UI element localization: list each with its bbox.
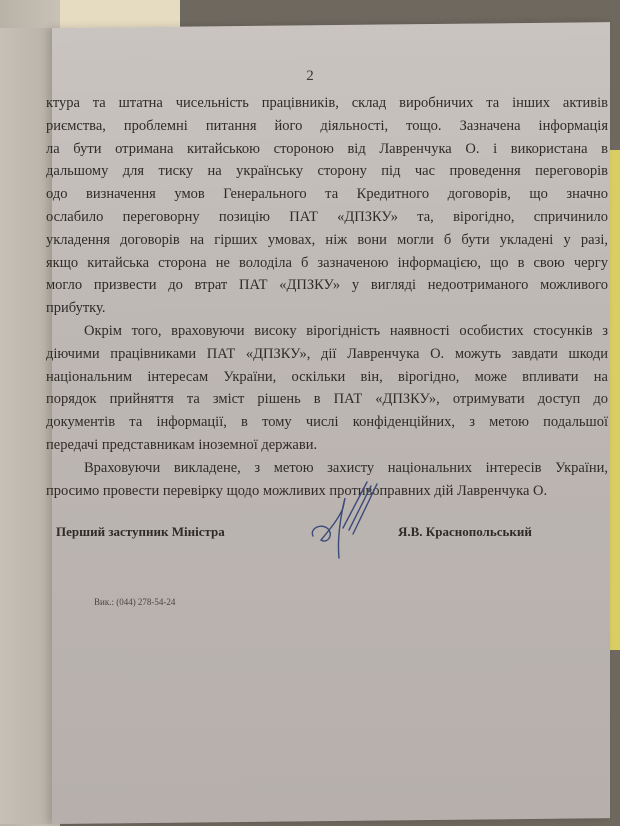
paragraph-start: Окрім того, враховуючи високу вірогідніс… (46, 320, 608, 343)
text-line: ослабило переговорну позицію ПАТ «ДПЗКУ»… (46, 206, 608, 229)
text-line: порядок прийняття та зміст рішень в ПАТ … (46, 388, 608, 411)
letter-body: ктура та штатна чисельність працівників,… (46, 92, 608, 502)
text-line: прибутку. (46, 297, 608, 320)
text-line: ла бути отримана китайською стороною від… (46, 138, 608, 161)
text-line: могло призвести до втрат ПАТ «ДПЗКУ» у в… (46, 274, 608, 297)
page-number: 2 (0, 68, 620, 85)
executor-phone: Вик.: (044) 278-54-24 (94, 597, 175, 607)
text-line: національним інтересам України, оскільки… (46, 366, 608, 389)
text-line: риємства, проблемні питання його діяльно… (46, 115, 608, 138)
text-line: документів та інформації, в тому числі к… (46, 411, 608, 434)
paragraph-start: Враховуючи викладене, з метою захисту на… (46, 457, 608, 480)
text-line: ктура та штатна чисельність працівників,… (46, 92, 608, 115)
signatory-name: Я.В. Краснопольський (398, 524, 532, 540)
text-line: укладення договорів на гірших умовах, ні… (46, 229, 608, 252)
handwritten-signature (305, 478, 385, 568)
text-line: одо визначення умов Генерального та Кред… (46, 183, 608, 206)
text-line: діючими працівниками ПАТ «ДПЗКУ», дії Ла… (46, 343, 608, 366)
text-line: передачі представникам іноземної держави… (46, 434, 608, 457)
signatory-title: Перший заступник Міністра (56, 524, 225, 540)
text-line: якщо китайська сторона не володіла б заз… (46, 252, 608, 275)
text-line: дальшому для тиску на українську сторону… (46, 160, 608, 183)
